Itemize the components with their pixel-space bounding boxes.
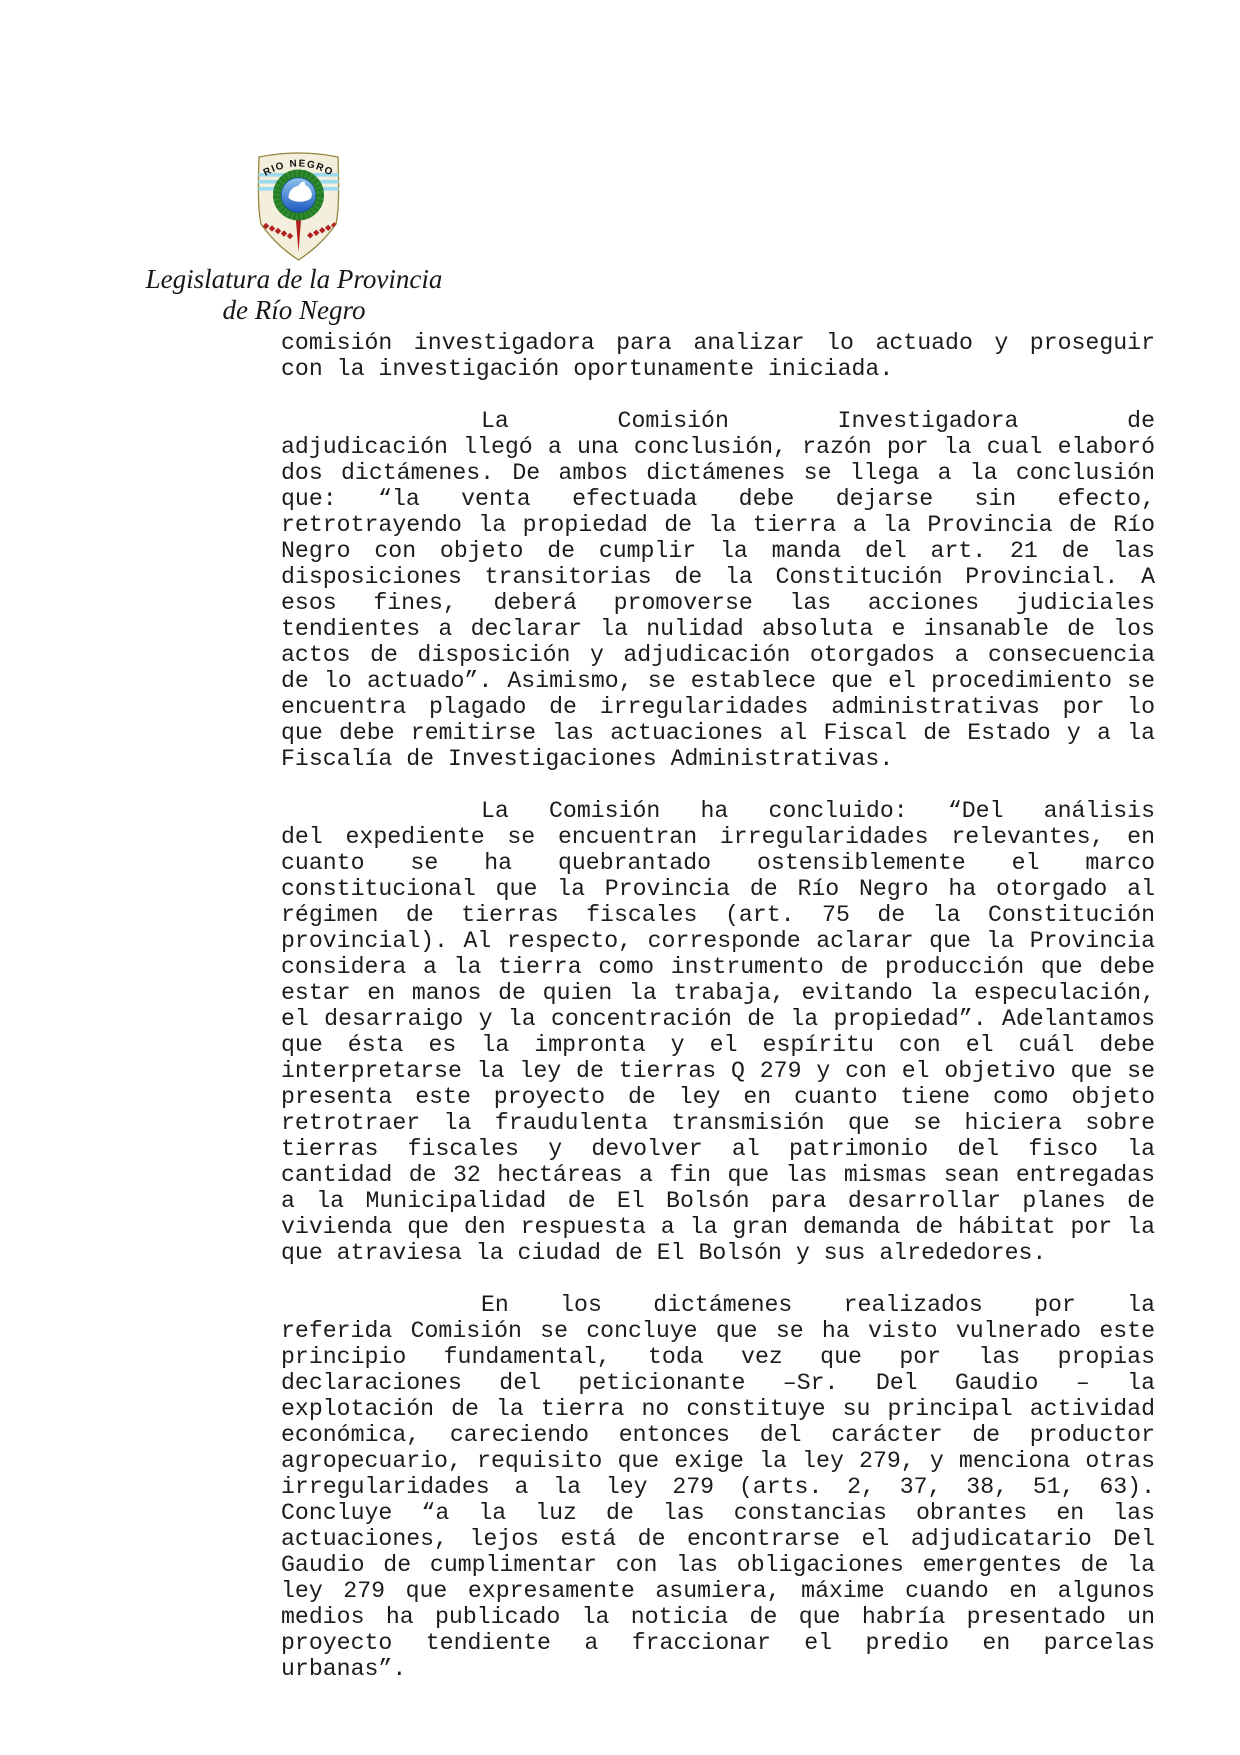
text-line: de lo actuado”. Asimismo, se establece q… bbox=[281, 668, 1155, 694]
org-title-line1: Legislatura de la Provincia bbox=[124, 264, 464, 295]
text-line: presenta este proyecto de ley en cuanto … bbox=[281, 1084, 1155, 1110]
text-line: En los dictámenes realizados por la bbox=[281, 1292, 1155, 1318]
org-title-line2: de Río Negro bbox=[124, 295, 464, 326]
text-line: ley 279 que expresamente asumiera, máxim… bbox=[281, 1578, 1155, 1604]
text-line: que atraviesa la ciudad de El Bolsón y s… bbox=[281, 1240, 1155, 1266]
text-line: proyecto tendiente a fraccionar el predi… bbox=[281, 1630, 1155, 1656]
document-body: comisión investigadora para analizar lo … bbox=[281, 330, 1155, 1682]
text-line: que debe remitirse las actuaciones al Fi… bbox=[281, 720, 1155, 746]
text-line: La Comisión Investigadora de bbox=[281, 408, 1155, 434]
org-title: Legislatura de la Provincia de Río Negro bbox=[124, 264, 464, 326]
text-line: Concluye “a la luz de las constancias ob… bbox=[281, 1500, 1155, 1526]
text-line: que: “la venta efectuada debe dejarse si… bbox=[281, 486, 1155, 512]
rio-negro-emblem-graphic: RIO NEGRO bbox=[252, 148, 345, 262]
text-line: del expediente se encuentran irregularid… bbox=[281, 824, 1155, 850]
coat-of-arms: RIO NEGRO bbox=[252, 148, 345, 262]
text-line: a la Municipalidad de El Bolsón para des… bbox=[281, 1188, 1155, 1214]
text-line: considera a la tierra como instrumento d… bbox=[281, 954, 1155, 980]
text-line: dos dictámenes. De ambos dictámenes se l… bbox=[281, 460, 1155, 486]
text-line: que ésta es la impronta y el espíritu co… bbox=[281, 1032, 1155, 1058]
text-line: provincial). Al respecto, corresponde ac… bbox=[281, 928, 1155, 954]
text-line: cantidad de 32 hectáreas a fin que las m… bbox=[281, 1162, 1155, 1188]
text-line: La Comisión ha concluido: “Del análisis bbox=[281, 798, 1155, 824]
text-line: tierras fiscales y devolver al patrimoni… bbox=[281, 1136, 1155, 1162]
text-line: encuentra plagado de irregularidades adm… bbox=[281, 694, 1155, 720]
text-line: disposiciones transitorias de la Constit… bbox=[281, 564, 1155, 590]
text-line: constitucional que la Provincia de Río N… bbox=[281, 876, 1155, 902]
text-line: agropecuario, requisito que exige la ley… bbox=[281, 1448, 1155, 1474]
text-line: explotación de la tierra no constituye s… bbox=[281, 1396, 1155, 1422]
text-line: régimen de tierras fiscales (art. 75 de … bbox=[281, 902, 1155, 928]
paragraph-3: La Comisión ha concluido: “Del análisisd… bbox=[281, 798, 1155, 1266]
text-line: urbanas”. bbox=[281, 1656, 1155, 1682]
text-line: tendientes a declarar la nulidad absolut… bbox=[281, 616, 1155, 642]
text-line: actos de disposición y adjudicación otor… bbox=[281, 642, 1155, 668]
text-line: medios ha publicado la noticia de que ha… bbox=[281, 1604, 1155, 1630]
text-line: referida Comisión se concluye que se ha … bbox=[281, 1318, 1155, 1344]
text-line: vivienda que den respuesta a la gran dem… bbox=[281, 1214, 1155, 1240]
text-line: retrotrayendo la propiedad de la tierra … bbox=[281, 512, 1155, 538]
text-line: cuanto se ha quebrantado ostensiblemente… bbox=[281, 850, 1155, 876]
paragraph-2: La Comisión Investigadora deadjudicación… bbox=[281, 408, 1155, 772]
text-line: el desarraigo y la concentración de la p… bbox=[281, 1006, 1155, 1032]
text-line: con la investigación oportunamente inici… bbox=[281, 356, 1155, 382]
text-line: interpretarse la ley de tierras Q 279 y … bbox=[281, 1058, 1155, 1084]
page: { "header": { "org_name_line1": "Legisla… bbox=[0, 0, 1240, 1755]
text-line: retrotraer la fraudulenta transmisión qu… bbox=[281, 1110, 1155, 1136]
paragraph-4: En los dictámenes realizados por larefer… bbox=[281, 1292, 1155, 1682]
text-line: declaraciones del peticionante –Sr. Del … bbox=[281, 1370, 1155, 1396]
text-line: Negro con objeto de cumplir la manda del… bbox=[281, 538, 1155, 564]
text-line: adjudicación llegó a una conclusión, raz… bbox=[281, 434, 1155, 460]
text-line: Gaudio de cumplimentar con las obligacio… bbox=[281, 1552, 1155, 1578]
text-line: actuaciones, lejos está de encontrarse e… bbox=[281, 1526, 1155, 1552]
text-line: esos fines, deberá promoverse las accion… bbox=[281, 590, 1155, 616]
text-line: irregularidades a la ley 279 (arts. 2, 3… bbox=[281, 1474, 1155, 1500]
text-line: económica, careciendo entonces del carác… bbox=[281, 1422, 1155, 1448]
text-line: principio fundamental, toda vez que por … bbox=[281, 1344, 1155, 1370]
paragraph-1: comisión investigadora para analizar lo … bbox=[281, 330, 1155, 382]
text-line: estar en manos de quien la trabaja, evit… bbox=[281, 980, 1155, 1006]
text-line: Fiscalía de Investigaciones Administrati… bbox=[281, 746, 1155, 772]
text-line: comisión investigadora para analizar lo … bbox=[281, 330, 1155, 356]
